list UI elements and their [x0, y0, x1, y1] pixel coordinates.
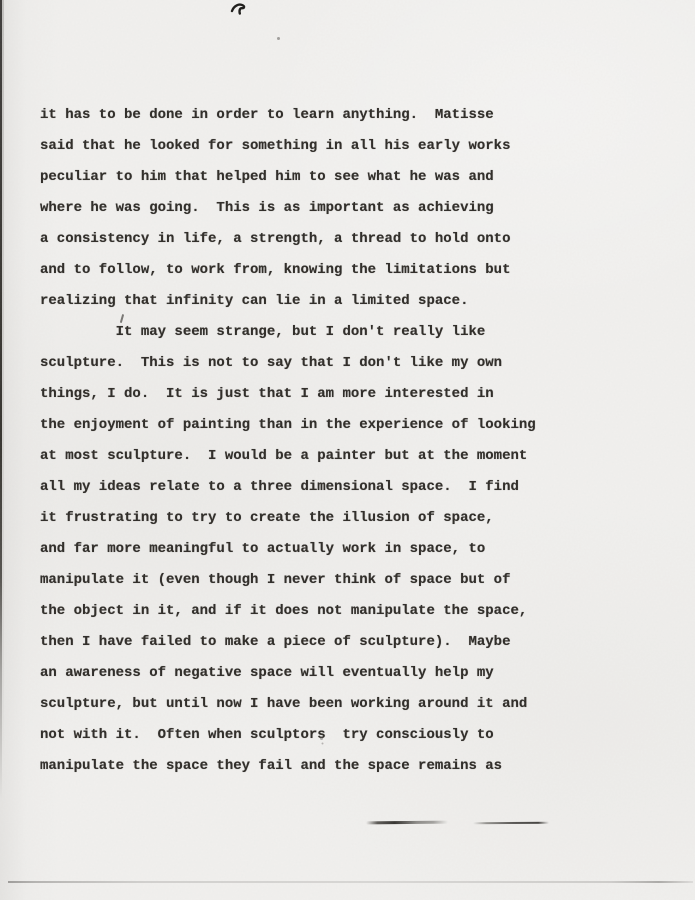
text-line: it frustrating to try to create the illu…	[40, 503, 600, 534]
text-line: it has to be done in order to learn anyt…	[40, 100, 600, 131]
text-line: the enjoyment of painting than in the ex…	[40, 410, 600, 441]
text-line: not with it. Often when sculptors try co…	[40, 720, 600, 751]
text-line: manipulate it (even though I never think…	[40, 565, 600, 596]
scanned-page: it has to be done in order to learn anyt…	[0, 0, 695, 900]
typewritten-text: it has to be done in order to learn anyt…	[40, 100, 600, 782]
text-line: It may seem strange, but I don't really …	[40, 317, 600, 348]
text-line: and far more meaningful to actually work…	[40, 534, 600, 565]
pen-squiggle-mark	[230, 2, 248, 18]
text-line: sculpture, but until now I have been wor…	[40, 689, 600, 720]
text-line: peculiar to him that helped him to see w…	[40, 162, 600, 193]
text-line: said that he looked for something in all…	[40, 131, 600, 162]
text-line: and to follow, to work from, knowing the…	[40, 255, 600, 286]
ink-dot	[277, 37, 280, 40]
text-line: then I have failed to make a piece of sc…	[40, 627, 600, 658]
pencil-line-left	[366, 821, 448, 825]
smudge-mark	[320, 737, 323, 740]
scan-artifact-line	[8, 881, 693, 883]
text-line: a consistency in life, a strength, a thr…	[40, 224, 600, 255]
text-line: sculpture. This is not to say that I don…	[40, 348, 600, 379]
text-line: all my ideas relate to a three dimension…	[40, 472, 600, 503]
text-line: the object in it, and if it does not man…	[40, 596, 600, 627]
text-line: realizing that infinity can lie in a lim…	[40, 286, 600, 317]
text-line: where he was going. This is as important…	[40, 193, 600, 224]
text-line: at most sculpture. I would be a painter …	[40, 441, 600, 472]
text-line: an awareness of negative space will even…	[40, 658, 600, 689]
text-line: manipulate the space they fail and the s…	[40, 751, 600, 782]
text-line: things, I do. It is just that I am more …	[40, 379, 600, 410]
pencil-line-right	[473, 822, 549, 825]
scan-edge-shadow	[2, 0, 4, 760]
